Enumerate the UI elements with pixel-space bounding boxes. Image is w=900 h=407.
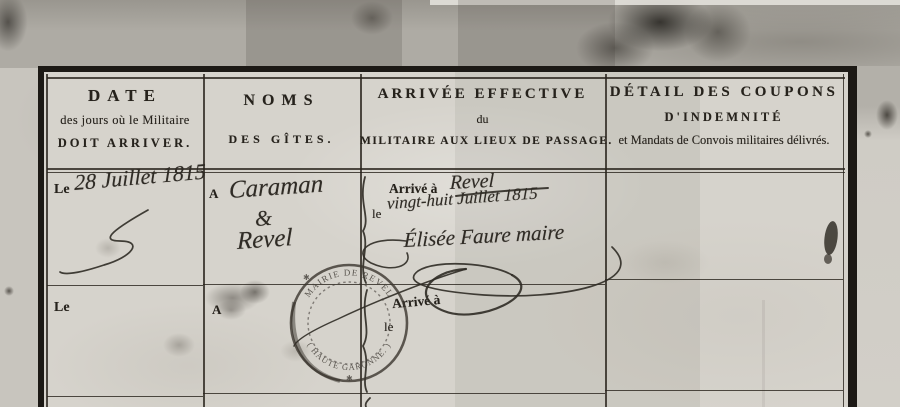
row2-date-prefix: Le bbox=[54, 300, 70, 316]
paper-stain bbox=[864, 130, 872, 138]
paper-stain bbox=[280, 340, 312, 362]
table-border-right-inner bbox=[843, 74, 844, 407]
header-noms-sub: DES GÎTES. bbox=[203, 132, 360, 147]
table-border-top bbox=[38, 66, 857, 72]
row1-le-prefix: le bbox=[372, 206, 381, 222]
paper-stain bbox=[95, 238, 121, 258]
row2-divider-col1 bbox=[47, 396, 203, 397]
header-arrivee-sub: MILITAIRE AUX LIEUX DE PASSAGE. bbox=[360, 135, 605, 147]
fold-crease bbox=[246, 0, 402, 66]
paper-stain bbox=[876, 100, 898, 130]
row1-divider-col1 bbox=[47, 285, 203, 286]
row2-divider-col23 bbox=[203, 393, 605, 394]
column-divider-date-noms bbox=[203, 74, 205, 407]
header-detail-sub: D'INDEMNITÉ bbox=[605, 110, 843, 125]
row1-gite-revel: Revel bbox=[237, 224, 292, 256]
header-arrivee-du: du bbox=[360, 112, 605, 127]
header-detail-sub2: et Mandats de Convois militaires délivré… bbox=[605, 133, 843, 148]
paper-stain bbox=[240, 280, 270, 304]
header-date-sub2: DOIT ARRIVER. bbox=[47, 136, 203, 151]
fold-crease bbox=[458, 0, 615, 66]
paper-stain bbox=[216, 300, 246, 320]
row2-le-prefix: le bbox=[384, 319, 393, 335]
paper-stain bbox=[163, 333, 195, 357]
header-date-sub: des jours où le Militaire bbox=[47, 113, 203, 128]
header-detail-title: DÉTAIL DES COUPONS bbox=[605, 84, 843, 101]
table-border-left bbox=[38, 66, 44, 407]
header-arrivee-title: ARRIVÉE EFFECTIVE bbox=[360, 86, 605, 103]
paper-stain bbox=[4, 286, 14, 296]
scanned-route-document: DATE des jours où le Militaire DOIT ARRI… bbox=[0, 0, 900, 407]
row2-divider-col4 bbox=[605, 390, 843, 391]
header-date-title: DATE bbox=[47, 86, 203, 106]
paper-top-edge bbox=[0, 0, 900, 68]
paper-stain bbox=[620, 240, 710, 285]
row1-date-prefix: Le bbox=[54, 182, 70, 198]
header-noms-title: NOMS bbox=[203, 92, 360, 110]
row1-gite-prefix: A bbox=[209, 186, 218, 202]
table-border-right bbox=[848, 66, 857, 407]
table-border-top-inner bbox=[47, 77, 845, 79]
